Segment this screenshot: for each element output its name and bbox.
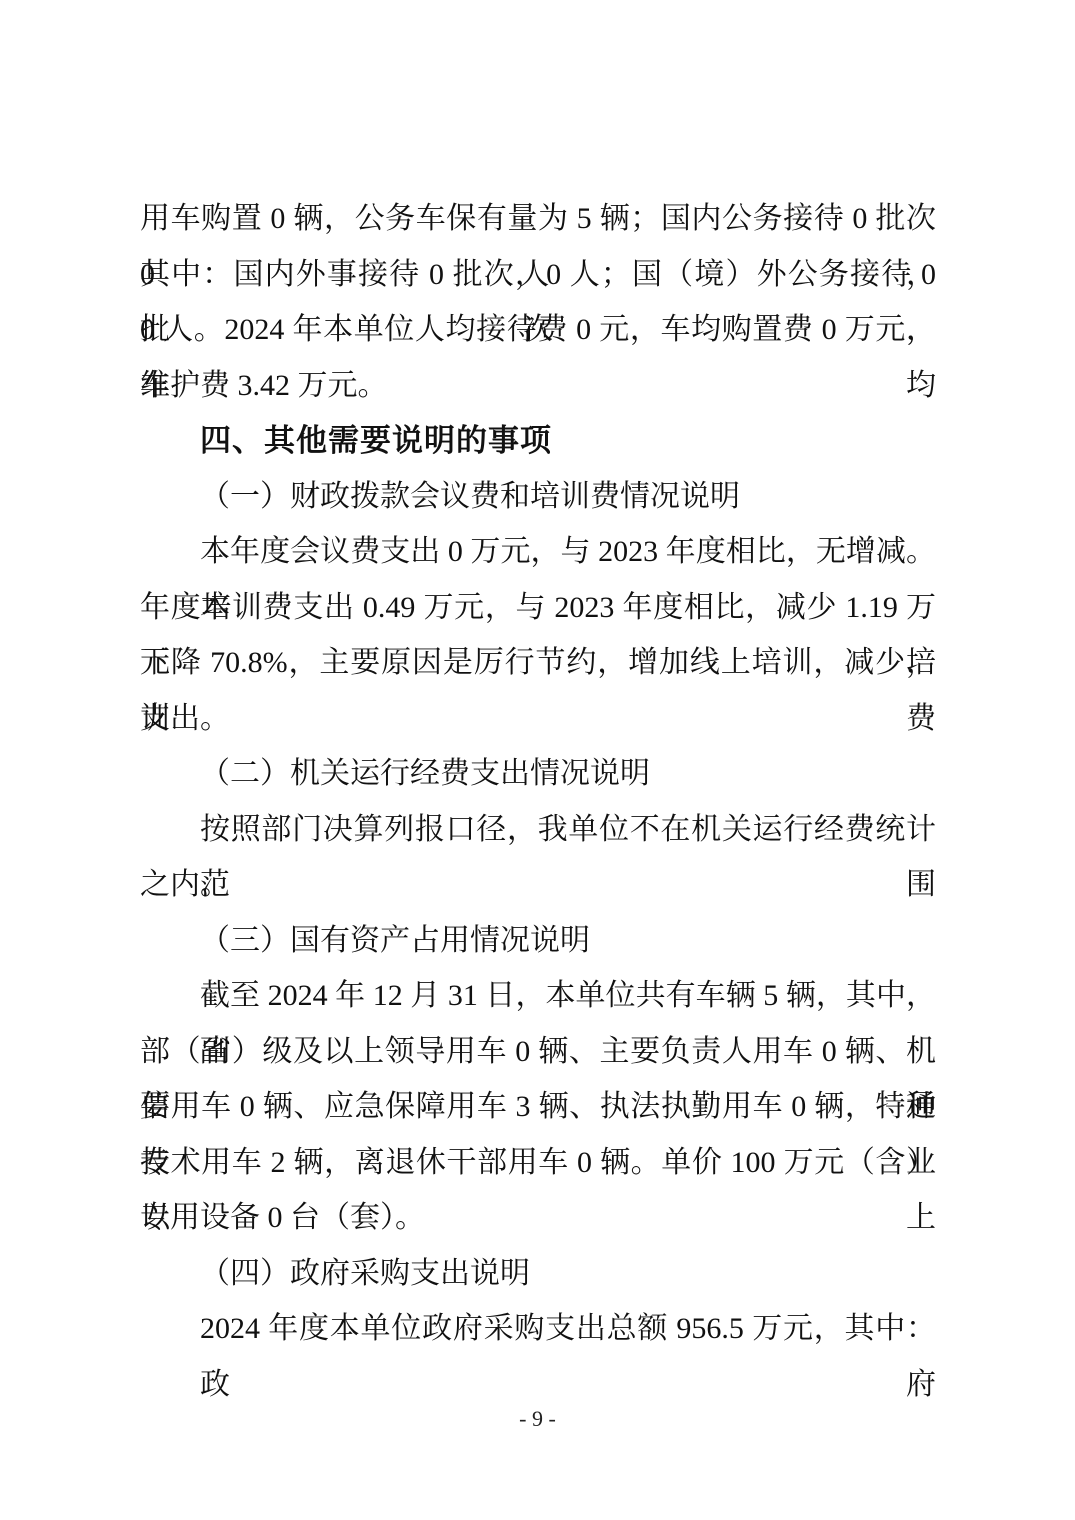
document-page: 用车购置 0 辆，公务车保有量为 5 辆；国内公务接待 0 批次 0 人， 其中… xyxy=(0,0,1075,1520)
section-heading: 四、其他需要说明的事项 xyxy=(140,413,936,469)
paragraph-line: 按照部门决算列报口径，我单位不在机关运行经费统计范围 xyxy=(140,802,936,858)
subsection-heading-2: （二）机关运行经费支出情况说明 xyxy=(140,746,936,802)
subsection-heading-4: （四）政府采购支出说明 xyxy=(140,1246,936,1302)
paragraph-line: 截至 2024 年 12 月 31 日，本单位共有车辆 5 辆，其中，副 xyxy=(140,968,936,1024)
paragraph-line: 下降 70.8%，主要原因是厉行节约，增加线上培训，减少培训费 xyxy=(140,635,936,691)
page-number: - 9 - xyxy=(0,1404,1075,1434)
subsection-heading-1: （一）财政拨款会议费和培训费情况说明 xyxy=(140,469,936,525)
paragraph-line: 0 人。2024 年本单位人均接待费 0 元，车均购置费 0 万元，车均 xyxy=(140,302,936,358)
paragraph-line: 技术用车 2 辆，离退休干部用车 0 辆。单价 100 万元（含）以上 xyxy=(140,1135,936,1191)
subsection-heading-3: （三）国有资产占用情况说明 xyxy=(140,913,936,969)
paragraph-line: 信用车 0 辆、应急保障用车 3 辆、执法执勤用车 0 辆，特种专业 xyxy=(140,1079,936,1135)
paragraph-line: 本年度会议费支出 0 万元，与 2023 年度相比，无增减。本 xyxy=(140,524,936,580)
page-content: 用车购置 0 辆，公务车保有量为 5 辆；国内公务接待 0 批次 0 人， 其中… xyxy=(140,191,936,1357)
paragraph-line: 用车购置 0 辆，公务车保有量为 5 辆；国内公务接待 0 批次 0 人， xyxy=(140,191,936,247)
paragraph-line: 年度培训费支出 0.49 万元，与 2023 年度相比，减少 1.19 万元， xyxy=(140,580,936,636)
paragraph-line: 部（省）级及以上领导用车 0 辆、主要负责人用车 0 辆、机要通 xyxy=(140,1024,936,1080)
paragraph-line: 其中：国内外事接待 0 批次，0 人；国（境）外公务接待 0 批次， xyxy=(140,247,936,303)
paragraph-line: 2024 年度本单位政府采购支出总额 956.5 万元，其中：政府 xyxy=(140,1301,936,1357)
